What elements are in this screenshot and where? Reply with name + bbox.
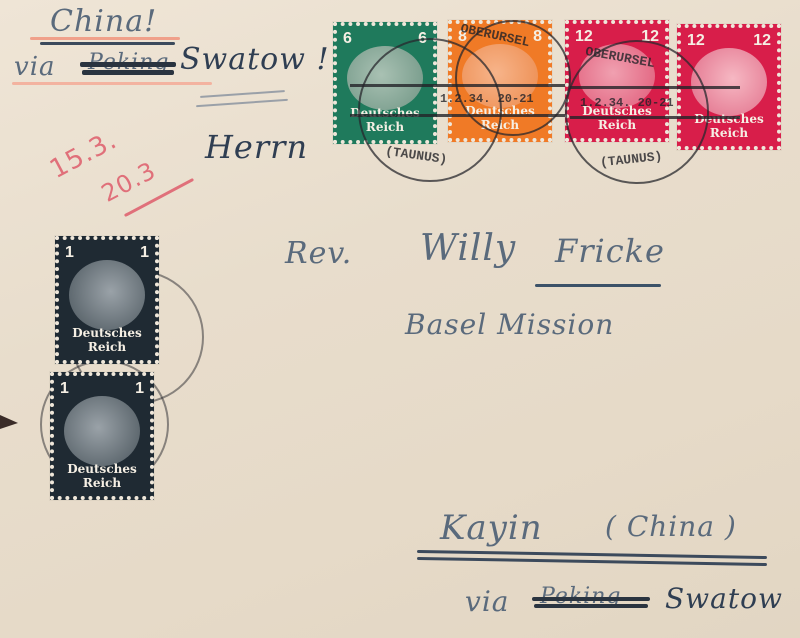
address-city: Kayin <box>440 508 543 548</box>
strike-through-2 <box>532 597 650 601</box>
envelope: China! via Peking Swatow ! 15.3. 20.3 He… <box>0 0 800 638</box>
postmark-bar <box>570 116 740 119</box>
address-first-name: Willy <box>420 228 516 269</box>
envelope-flap-shadow <box>0 415 18 429</box>
portrait-icon <box>69 260 145 330</box>
address-prefix: Rev. <box>285 236 352 271</box>
postmark-bar <box>570 86 740 89</box>
strike-through-1 <box>80 62 176 67</box>
address-via: via <box>465 585 509 618</box>
address-via-swatow: Swatow <box>665 582 783 615</box>
stamp-value: 1 <box>135 380 144 398</box>
stamp-value: 1 <box>140 244 149 262</box>
city-underline-2 <box>417 557 767 566</box>
address-country: ( China ) <box>605 510 737 543</box>
stamp-country: Deutsches Reich <box>59 326 155 354</box>
red-underline-1 <box>30 37 180 40</box>
salutation: Herrn <box>205 128 308 166</box>
stamp-value: 1 <box>65 244 74 262</box>
postmark-date: 1.2.34. 20-21 <box>580 96 674 110</box>
stamp-1-black: 1 1 Deutsches Reich <box>50 372 154 500</box>
stamp-value: 12 <box>753 32 771 50</box>
stamp-country: Deutsches Reich <box>54 462 150 490</box>
red-underline-2 <box>12 82 212 85</box>
stamp-1-black: 1 1 Deutsches Reich <box>55 236 159 364</box>
strike-through-1b <box>82 70 174 75</box>
ink-underline-1 <box>40 42 175 45</box>
address-last-name: Fricke <box>555 232 665 270</box>
address-org: Basel Mission <box>405 308 614 341</box>
stamp-value: 12 <box>687 32 705 50</box>
stamp-value: 6 <box>343 30 352 48</box>
pencil-line-1 <box>200 90 285 98</box>
stamp-value: 1 <box>60 380 69 398</box>
postmark-date: 1.2.34. 20-21 <box>440 92 534 106</box>
portrait-icon <box>64 396 140 466</box>
postmark-bar <box>350 84 565 87</box>
postmark-bar <box>350 114 565 117</box>
routing-via: via <box>14 52 56 82</box>
routing-swatow: Swatow ! <box>180 42 330 77</box>
stamp-value: 12 <box>575 28 593 46</box>
pencil-line-2 <box>196 99 288 107</box>
strike-through-2b <box>534 604 648 608</box>
routing-china: China! <box>50 4 157 39</box>
name-underline <box>535 284 661 287</box>
